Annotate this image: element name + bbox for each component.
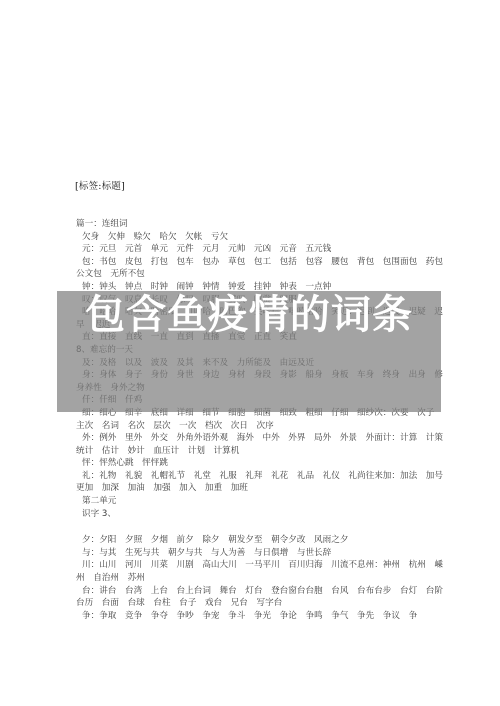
text-line: 怦：怦然心跳 怦怦跳 [76, 457, 448, 470]
tag-label: [标签:标题] [75, 178, 125, 192]
overlay-title: 包含鱼疫情的词条 [57, 292, 441, 338]
text-line: 欠身 欠伸 赊欠 哈欠 欠帐 亏欠 [76, 231, 448, 244]
text-line: 包：书包 皮包 打包 包车 包办 草包 包工 包括 包容 腰包 背包 包围面包 … [76, 256, 448, 281]
text-line: 夕：夕阳 夕照 夕烟 前夕 除夕 朝发夕至 朝令夕改 风雨之夕 [76, 534, 448, 547]
text-line: 与：与其 生死与共 朝夕与共 与人为善 与日俱增 与世长辞 [76, 547, 448, 560]
text-line: 元：元旦 元首 单元 元件 元月 元帅 元凶 元音 五元钱 [76, 243, 448, 256]
unit-heading: 第二单元 [76, 495, 448, 508]
lesson-heading: 识字 3、 [76, 508, 448, 521]
document-body: 篇一：连组词 欠身 欠伸 赊欠 哈欠 欠帐 亏欠 元：元旦 元首 单元 元件 元… [76, 218, 448, 622]
section-heading: 篇一：连组词 [76, 218, 448, 231]
text-line: 外：例外 里外 外交 外角外语外观 海外 中外 外界 局外 外景 外面计：计算 … [76, 432, 448, 457]
text-line: 礼：礼物 礼貌 礼帽礼节 礼堂 礼服 礼拜 礼花 礼品 礼仪 礼尚往来加：加法 … [76, 470, 448, 495]
text-line: 川：山川 河川 川菜 川剧 高山大川 一马平川 百川归海 川流不息州：神州 杭州… [76, 559, 448, 584]
text-line: 争：争取 竞争 争夺 争吵 争宠 争斗 争光 争论 争鸣 争气 争先 争议 争 [76, 610, 448, 623]
text-line: 台：讲台 台湾 上台 台上台词 舞台 灯台 登台窗台台胞 台风 台布台步 台灯 … [76, 585, 448, 610]
